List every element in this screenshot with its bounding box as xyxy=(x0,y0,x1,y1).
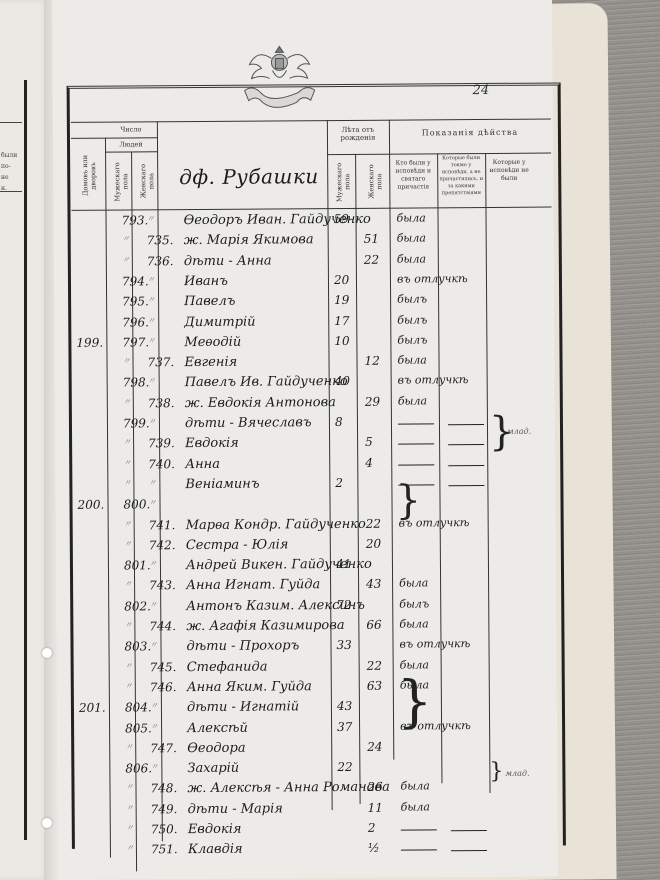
header-years-female: Женскаго пола xyxy=(367,158,383,206)
person-name: дѣти - Марія xyxy=(188,801,283,817)
female-number: 751. xyxy=(151,842,178,856)
male-number: 796. xyxy=(122,315,149,329)
male-number: 〃 xyxy=(122,254,130,265)
age-male: 17 xyxy=(334,313,349,327)
age-female: 22 xyxy=(367,658,382,672)
female-number: 〃 xyxy=(148,477,156,488)
female-number: 〃 xyxy=(149,599,157,610)
person-name: Анна xyxy=(185,456,220,471)
person-name: ж. Агафія Казимирова xyxy=(186,618,344,634)
table-row: 〃751.Клавдія½ xyxy=(76,840,556,863)
person-name: дѣти - Вячеславъ xyxy=(185,415,312,431)
male-number: 〃 xyxy=(124,579,132,590)
confession-status: была xyxy=(400,780,429,793)
age-female: 29 xyxy=(365,394,380,408)
parish-heading: дф. Рубашки xyxy=(179,164,319,189)
male-number: 801. xyxy=(124,558,151,572)
household-number: 200. xyxy=(77,498,104,512)
male-number: 〃 xyxy=(125,782,133,793)
person-name: Стефанида xyxy=(187,659,268,675)
dash-mark xyxy=(448,434,484,448)
female-number: 740. xyxy=(148,457,175,471)
male-number: 798. xyxy=(123,376,150,390)
person-name: Меѳодій xyxy=(184,334,241,349)
header-years-male: Мужескаго пола xyxy=(335,158,351,206)
person-name: ж. Евдокія Антонова xyxy=(185,395,336,411)
male-number: 〃 xyxy=(126,822,134,833)
male-number: 795. xyxy=(122,295,149,309)
age-male: 2 xyxy=(335,476,343,490)
confession-status: былъ xyxy=(399,597,429,610)
confession-status: была xyxy=(396,211,425,224)
age-male: 33 xyxy=(336,638,351,652)
female-number: 736. xyxy=(147,254,174,268)
age-female: 43 xyxy=(366,577,381,591)
female-number: 〃 xyxy=(148,376,156,387)
confession-status: въ отлучкѣ xyxy=(399,637,470,650)
household-number: 199. xyxy=(76,335,103,349)
header-confessed-only: Которые были токмо у исповѣди, а не прич… xyxy=(439,155,483,197)
age-female: 5 xyxy=(365,435,373,449)
brace-absent-2: } xyxy=(397,669,433,734)
age-female: 4 xyxy=(365,455,373,469)
female-number: 737. xyxy=(147,355,174,369)
male-number: 〃 xyxy=(125,660,133,671)
person-name: Клавдія xyxy=(188,842,243,857)
female-number: 〃 xyxy=(147,315,155,326)
male-number: 〃 xyxy=(123,457,131,468)
age-male: 43 xyxy=(337,699,352,713)
female-number: 〃 xyxy=(147,274,155,285)
header-household: Домовъ или дворовъ xyxy=(81,146,97,206)
register-page: 24 Число Людей Домовъ или дворовъ Мужеск… xyxy=(52,0,558,880)
header-number: Число xyxy=(105,125,157,133)
male-number: 〃 xyxy=(122,234,130,245)
confession-status xyxy=(398,455,434,468)
person-name: ж. Алексѣя - Анна Романова xyxy=(187,780,389,796)
header-female: Женскаго пола xyxy=(139,155,155,207)
person-name: дѣти - Игнатій xyxy=(187,699,299,715)
male-number: 〃 xyxy=(124,518,132,529)
female-number: 〃 xyxy=(149,640,157,651)
male-number: 〃 xyxy=(124,619,132,630)
male-number: 〃 xyxy=(123,437,131,448)
male-number: 806. xyxy=(125,761,152,775)
female-number: 〃 xyxy=(150,721,158,732)
header-years: Лѣта отъ рожденія xyxy=(327,126,389,142)
age-female: 26 xyxy=(367,780,382,794)
person-name: Евдокія xyxy=(188,822,242,837)
male-number: 799. xyxy=(123,416,150,430)
person-name: Евдокія xyxy=(185,436,239,451)
dash-mark xyxy=(448,455,484,469)
confession-status: въ отлучкѣ xyxy=(398,373,469,386)
age-male: 19 xyxy=(334,293,349,307)
age-female: 63 xyxy=(367,679,382,693)
margin-note-2: млад. xyxy=(505,769,529,778)
female-number: 735. xyxy=(147,233,174,247)
confession-status: была xyxy=(399,577,428,590)
age-female: ½ xyxy=(368,841,380,855)
person-name: Павелъ xyxy=(184,294,235,309)
male-number: 797. xyxy=(122,335,149,349)
female-number: 〃 xyxy=(148,416,156,427)
male-number: 〃 xyxy=(124,538,132,549)
age-male: 20 xyxy=(334,273,349,287)
age-male: 40 xyxy=(335,374,350,388)
dash-mark xyxy=(451,820,487,834)
binding-hole xyxy=(42,648,52,658)
age-male: 8 xyxy=(335,415,343,429)
age-male: 41 xyxy=(336,557,351,571)
female-number: 739. xyxy=(148,436,175,450)
male-number: 〃 xyxy=(125,741,133,752)
age-female: 51 xyxy=(364,232,379,246)
age-female: 22 xyxy=(364,252,379,266)
age-female: 22 xyxy=(366,516,381,530)
male-number: 804. xyxy=(125,701,152,715)
dash-mark xyxy=(451,840,487,854)
male-number: 800. xyxy=(123,498,150,512)
person-name: дѣти - Прохоръ xyxy=(186,639,299,655)
confession-status: была xyxy=(399,617,428,630)
female-number: 748. xyxy=(150,782,177,796)
female-number: 745. xyxy=(150,660,177,674)
male-number: 〃 xyxy=(126,843,134,854)
person-name: Евгенія xyxy=(184,355,237,370)
male-number: 〃 xyxy=(123,477,131,488)
person-name: Павелъ Ив. Гайдученко xyxy=(185,374,348,390)
age-male: 37 xyxy=(337,719,352,733)
male-number: 803. xyxy=(124,640,151,654)
male-number: 〃 xyxy=(125,680,133,691)
confession-status xyxy=(401,820,437,833)
person-name: Захарій xyxy=(187,761,239,776)
age-female: 2 xyxy=(368,821,376,835)
male-number: 793. xyxy=(121,213,148,227)
male-number: 〃 xyxy=(126,802,134,813)
confession-status xyxy=(398,435,434,448)
left-page-header-text: были по- не н. xyxy=(1,150,17,194)
male-number: 802. xyxy=(124,599,151,613)
age-female: 66 xyxy=(366,618,381,632)
age-female: 20 xyxy=(366,537,381,551)
female-number: 〃 xyxy=(150,761,158,772)
female-number: 〃 xyxy=(146,213,154,224)
person-name: Ѳеодора xyxy=(187,740,245,755)
left-page-frame xyxy=(0,80,27,840)
dash-mark xyxy=(448,475,484,489)
confession-status: была xyxy=(397,353,426,366)
female-number: 744. xyxy=(149,619,176,633)
person-name: Анна Игнат. Гуйда xyxy=(186,578,320,594)
female-number: 〃 xyxy=(147,335,155,346)
female-number: 〃 xyxy=(148,497,156,508)
person-name: Алексѣй xyxy=(187,720,248,735)
margin-note-1: млад. xyxy=(507,427,531,436)
female-number: 〃 xyxy=(150,700,158,711)
person-name: Марѳа Кондр. Гайдученко xyxy=(186,516,366,532)
brace-absent-1: } xyxy=(395,477,421,523)
person-name: Анна Яким. Гуйда xyxy=(187,679,312,695)
confession-status: была xyxy=(397,252,426,265)
header-testimony: Показанія дѣйства xyxy=(389,129,551,138)
age-female: 11 xyxy=(368,800,383,814)
confession-status: въ отлучкѣ xyxy=(397,272,468,285)
female-number: 〃 xyxy=(149,558,157,569)
header-male: Мужескаго пола xyxy=(113,155,129,207)
age-female: 24 xyxy=(367,740,382,754)
age-male: 59 xyxy=(333,212,348,226)
male-number: 805. xyxy=(125,721,152,735)
age-male: 22 xyxy=(337,760,352,774)
household-number: 201. xyxy=(79,701,106,715)
female-number: 746. xyxy=(150,680,177,694)
confession-status: была xyxy=(401,800,430,813)
person-name: Иванъ xyxy=(184,274,228,289)
page-number: 24 xyxy=(473,83,490,98)
female-number: 742. xyxy=(149,538,176,552)
header-confessed: Кто были у исповѣди и святаго причастія xyxy=(391,159,435,191)
age-male: 72 xyxy=(336,598,351,612)
confession-status: былъ xyxy=(397,293,427,306)
female-number: 747. xyxy=(150,741,177,755)
brace-children-2: } xyxy=(489,759,503,784)
confession-status: былъ xyxy=(397,313,427,326)
binding-hole xyxy=(42,818,52,828)
header-people: Людей xyxy=(105,140,157,148)
confession-status: былъ xyxy=(397,333,427,346)
confession-status: была xyxy=(397,232,426,245)
male-number: 〃 xyxy=(122,356,130,367)
header-not-confessed: Которые у исповѣди не были xyxy=(487,159,531,183)
female-number: 743. xyxy=(149,579,176,593)
person-name: дѣти - Анна xyxy=(184,253,272,269)
confession-status xyxy=(398,414,434,427)
age-male: 10 xyxy=(334,334,349,348)
confession-status xyxy=(401,841,437,854)
female-number: 〃 xyxy=(147,294,155,305)
male-number: 〃 xyxy=(123,396,131,407)
female-number: 749. xyxy=(151,802,178,816)
age-female: 12 xyxy=(364,354,379,368)
person-name: Сестра - Юлія xyxy=(186,537,289,553)
person-name: ж. Марія Якимова xyxy=(184,232,314,248)
female-number: 741. xyxy=(149,518,176,532)
confession-status: была xyxy=(398,394,427,407)
person-name: Димитрій xyxy=(184,314,255,329)
female-number: 738. xyxy=(148,396,175,410)
dash-mark xyxy=(448,414,484,428)
male-number: 794. xyxy=(122,274,149,288)
person-name: Веніаминъ xyxy=(185,476,259,492)
female-number: 750. xyxy=(151,822,178,836)
